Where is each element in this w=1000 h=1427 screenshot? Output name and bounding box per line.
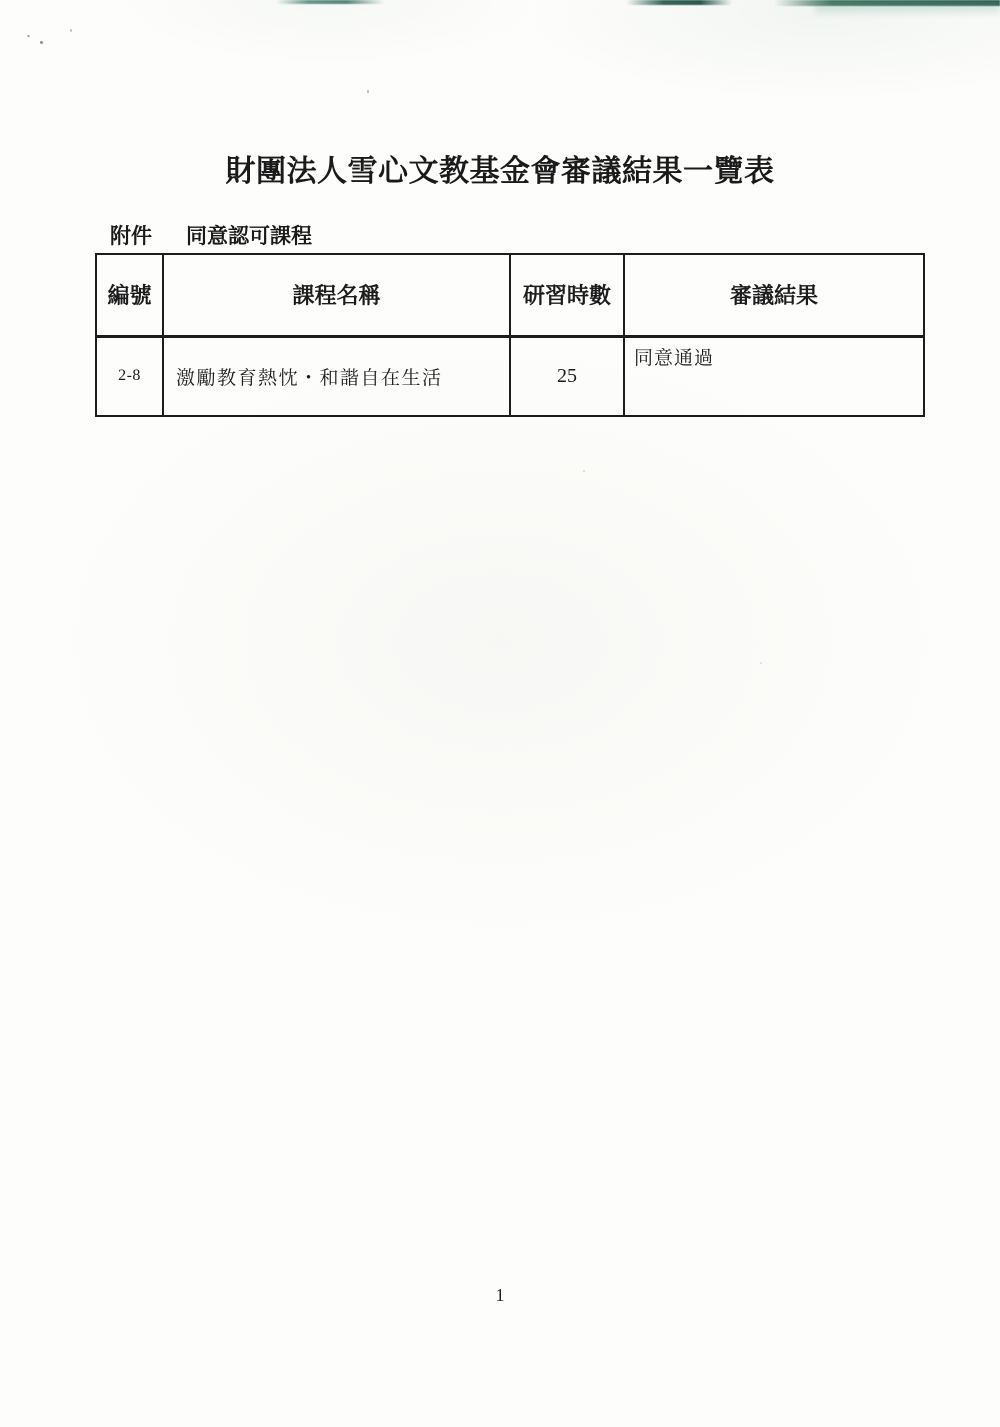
cell-study-hours: 25 xyxy=(510,336,624,416)
column-header-result: 審議結果 xyxy=(624,254,924,336)
scan-speck xyxy=(27,34,31,37)
column-header-course-name: 課程名稱 xyxy=(163,254,510,336)
column-header-id: 編號 xyxy=(96,254,163,336)
scan-speck xyxy=(70,29,72,32)
scan-artifact-streak xyxy=(626,0,732,5)
scanned-document-page: { "colors": { "paper": "#fdfdfb", "ink":… xyxy=(0,0,1000,1427)
scan-speck xyxy=(583,470,585,472)
scan-artifact-streak xyxy=(774,0,1000,6)
scan-speck xyxy=(760,662,762,664)
column-header-hours: 研習時數 xyxy=(510,254,624,336)
table-row: 2-8 激勵教育熱忱・和諧自在生活 25 同意通過 xyxy=(96,336,924,416)
scan-tint-overlay xyxy=(0,0,1000,1427)
cell-course-name: 激勵教育熱忱・和諧自在生活 xyxy=(163,336,510,416)
cell-review-result: 同意通過 xyxy=(624,336,924,416)
scan-speck xyxy=(367,90,369,93)
table-header-row: 編號 課程名稱 研習時數 審議結果 xyxy=(96,254,924,336)
attachment-line: 附件同意認可課程 xyxy=(110,220,312,250)
cell-course-id: 2-8 xyxy=(96,336,163,416)
scan-speck xyxy=(40,41,43,44)
document-title: 財團法人雪心文教基金會審議結果一覽表 xyxy=(0,146,1000,190)
scan-artifact-haze xyxy=(815,4,1000,17)
review-results-table: 編號 課程名稱 研習時數 審議結果 2-8 激勵教育熱忱・和諧自在生活 25 同… xyxy=(95,253,925,417)
page-number: 1 xyxy=(0,1285,1000,1306)
attachment-title: 同意認可課程 xyxy=(186,224,312,248)
attachment-label: 附件 xyxy=(110,224,152,248)
scan-artifact-streak xyxy=(276,0,384,4)
